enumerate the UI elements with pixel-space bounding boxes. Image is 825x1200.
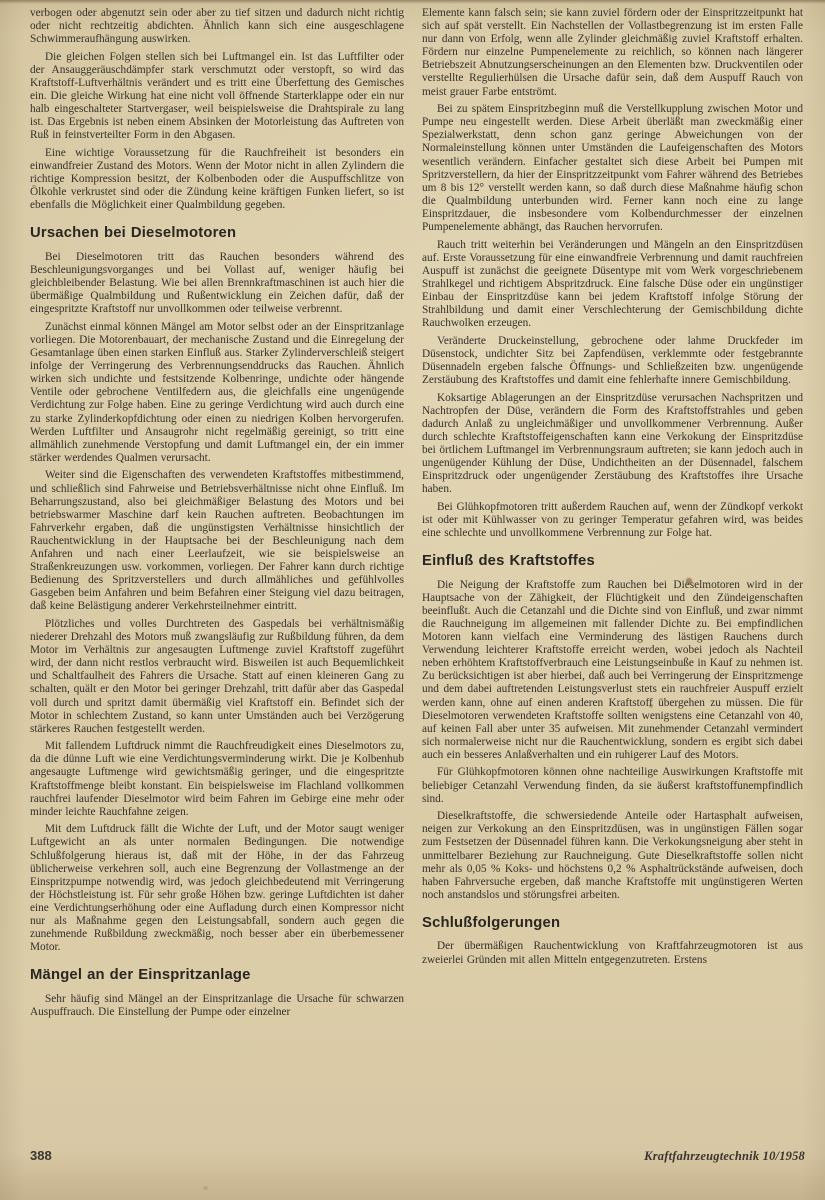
section-heading-einfluss-des-kraftstoffes: Einfluß des Kraftstoffes [422, 540, 803, 574]
page-footer: 388 Kraftfahrzeugtechnik 10/1958 [30, 1148, 805, 1168]
scanned-journal-page: verbogen oder abgenutzt sein oder aber z… [0, 0, 825, 1200]
paragraph: Bei zu spätem Einspritzbeginn muß die Ve… [422, 99, 803, 234]
paragraph: Mit dem Luftdruck fällt die Wichte der L… [30, 819, 404, 954]
paper-stain [203, 1186, 208, 1190]
journal-title: Kraftfahrzeugtechnik 10/1958 [644, 1149, 805, 1164]
paragraph: Dieselkraftstoffe, die schwersiedende An… [422, 806, 803, 902]
paragraph: Sehr häufig sind Mängel an der Einspritz… [30, 988, 404, 1019]
left-column: verbogen oder abgenutzt sein oder aber z… [30, 7, 404, 1150]
page-number: 388 [30, 1148, 52, 1163]
paragraph: Die gleichen Folgen stellen sich bei Luf… [30, 46, 404, 142]
paragraph: Eine wichtige Voraussetzung für die Rauc… [30, 142, 404, 212]
paragraph: Bei Glühkopfmotoren tritt außerdem Rauch… [422, 496, 803, 540]
paragraph: Für Glühkopfmotoren können ohne nachteil… [422, 762, 803, 806]
paragraph: Mit fallendem Luftdruck nimmt die Rauchf… [30, 736, 404, 819]
paragraph: Der übermäßigen Rauchentwicklung von Kra… [422, 936, 803, 967]
paragraph: Die Neigung der Kraftstoffe zum Rauchen … [422, 574, 803, 762]
paragraph: Zunächst einmal können Mängel am Motor s… [30, 316, 404, 465]
paragraph: Elemente kann falsch sein; sie kann zuvi… [422, 7, 803, 99]
text-columns: verbogen oder abgenutzt sein oder aber z… [30, 7, 803, 1150]
paragraph: Plötzliches und volles Durchtreten des G… [30, 613, 404, 735]
right-column: Elemente kann falsch sein; sie kann zuvi… [422, 7, 803, 1150]
paragraph: Weiter sind die Eigenschaften des verwen… [30, 465, 404, 614]
paragraph: Bei Dieselmotoren tritt das Rauchen beso… [30, 246, 404, 316]
paragraph: Koksartige Ablagerungen an der Einspritz… [422, 387, 803, 496]
section-heading-schlussfolgerungen: Schlußfolgerungen [422, 902, 803, 936]
paragraph: verbogen oder abgenutzt sein oder aber z… [30, 7, 404, 46]
paragraph: Rauch tritt weiterhin bei Veränderungen … [422, 234, 803, 330]
section-heading-ursachen-bei-dieselmotoren: Ursachen bei Dieselmotoren [30, 212, 404, 246]
paragraph: Veränderte Druckeinstellung, gebrochene … [422, 330, 803, 387]
section-heading-maengel-an-der-einspritzanlage: Mängel an der Einspritzanlage [30, 954, 404, 988]
